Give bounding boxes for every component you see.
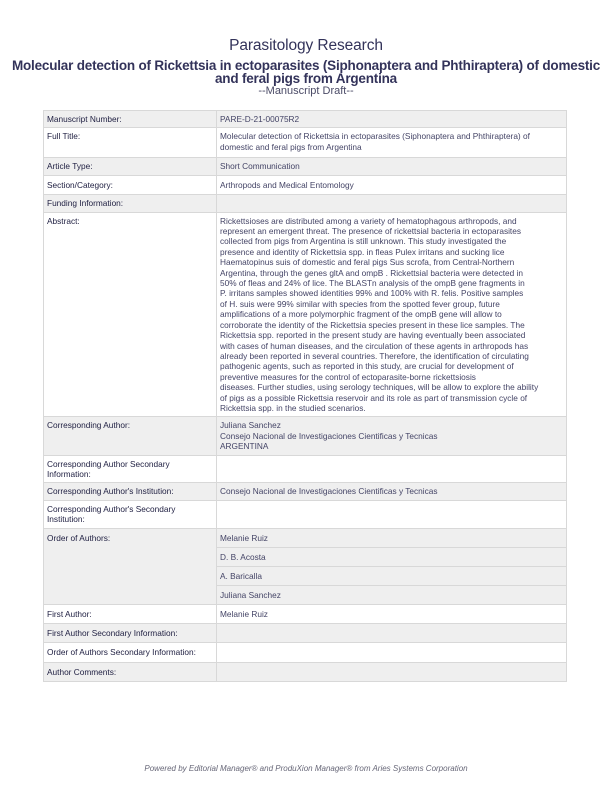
field-label: Author Comments: [44, 662, 217, 681]
first-author-secondary-value [217, 624, 567, 643]
author-list-item: Juliana Sanchez [217, 586, 566, 604]
field-label: Manuscript Number: [44, 111, 217, 128]
order-of-authors-secondary-value [217, 643, 567, 662]
manuscript-title: Molecular detection of Rickettsia in ect… [0, 59, 612, 85]
author-list-item: Melanie Ruiz [217, 529, 566, 548]
field-label: Order of Authors Secondary Information: [44, 643, 217, 662]
field-label: Corresponding Author's Secondary Institu… [44, 500, 217, 528]
corresponding-author-secondary-value [217, 455, 567, 483]
corresponding-author-institution-value: Consejo Nacional de Investigaciones Cien… [217, 483, 567, 500]
author-list-item: D. B. Acosta [217, 548, 566, 567]
journal-name: Parasitology Research [0, 37, 612, 55]
field-label: Corresponding Author: [44, 417, 217, 455]
corresponding-author-value: Juliana Sanchez Consejo Nacional de Inve… [217, 417, 567, 455]
corresponding-author-secondary-institution-value [217, 500, 567, 528]
table-row-corresponding-author: Corresponding Author: Juliana Sanchez Co… [44, 417, 567, 455]
funding-information-value [217, 195, 567, 212]
field-label: Abstract: [44, 212, 217, 417]
field-label: Article Type: [44, 158, 217, 175]
corresponding-author-name: Juliana Sanchez [220, 420, 563, 430]
field-label: Funding Information: [44, 195, 217, 212]
table-row-article-type: Article Type: Short Communication [44, 158, 567, 175]
order-of-authors-list: Melanie Ruiz D. B. Acosta A. Baricalla J… [217, 528, 567, 604]
table-row-corresponding-author-secondary: Corresponding Author Secondary Informati… [44, 455, 567, 483]
table-row-corresponding-author-secondary-institution: Corresponding Author's Secondary Institu… [44, 500, 567, 528]
first-author-value: Melanie Ruiz [217, 604, 567, 623]
table-row-order-of-authors-secondary: Order of Authors Secondary Information: [44, 643, 567, 662]
table-row-abstract: Abstract: Rickettsioses are distributed … [44, 212, 567, 417]
table-row-order-of-authors: Order of Authors: Melanie Ruiz D. B. Aco… [44, 528, 567, 604]
manuscript-metadata-table: Manuscript Number: PARE-D-21-00075R2 Ful… [43, 110, 567, 682]
article-type-value: Short Communication [217, 158, 567, 175]
full-title-value: Molecular detection of Rickettsia in ect… [217, 128, 567, 158]
field-label: Section/Category: [44, 175, 217, 194]
corresponding-author-institution: Consejo Nacional de Investigaciones Cien… [220, 431, 563, 441]
table-row-manuscript-number: Manuscript Number: PARE-D-21-00075R2 [44, 111, 567, 128]
draft-label: --Manuscript Draft-- [0, 85, 612, 97]
field-label: Full Title: [44, 128, 217, 158]
section-category-value: Arthropods and Medical Entomology [217, 175, 567, 194]
table-row-author-comments: Author Comments: [44, 662, 567, 681]
manuscript-number-value: PARE-D-21-00075R2 [217, 111, 567, 128]
table-row-section-category: Section/Category: Arthropods and Medical… [44, 175, 567, 194]
field-label: Corresponding Author's Institution: [44, 483, 217, 500]
document-header: Parasitology Research Molecular detectio… [0, 37, 612, 97]
table-row-funding-information: Funding Information: [44, 195, 567, 212]
field-label: Order of Authors: [44, 528, 217, 604]
field-label: First Author: [44, 604, 217, 623]
table-row-corresponding-author-institution: Corresponding Author's Institution: Cons… [44, 483, 567, 500]
powered-by-footer: Powered by Editorial Manager® and ProduX… [0, 764, 612, 773]
abstract-value: Rickettsioses are distributed among a va… [217, 212, 567, 417]
corresponding-author-country: ARGENTINA [220, 441, 563, 451]
table-row-first-author-secondary: First Author Secondary Information: [44, 624, 567, 643]
field-label: First Author Secondary Information: [44, 624, 217, 643]
table-row-full-title: Full Title: Molecular detection of Ricke… [44, 128, 567, 158]
author-list-item: A. Baricalla [217, 567, 566, 586]
table-row-first-author: First Author: Melanie Ruiz [44, 604, 567, 623]
field-label: Corresponding Author Secondary Informati… [44, 455, 217, 483]
author-comments-value [217, 662, 567, 681]
